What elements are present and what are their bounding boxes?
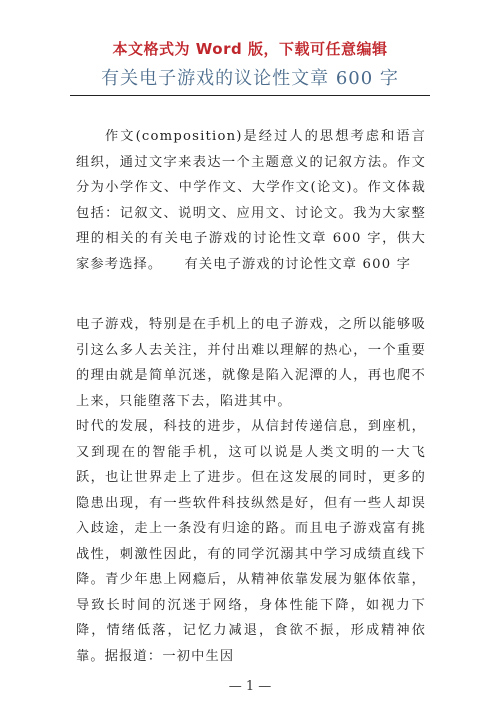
intro-paragraph: 作文(composition)是经过人的思想考虑和语言组织，通过文字来表达一个主…: [76, 124, 426, 277]
intro-section: 作文(composition)是经过人的思想考虑和语言组织，通过文字来表达一个主…: [76, 124, 426, 277]
body-paragraph-1: 电子游戏，特别是在手机上的电子游戏，之所以能够吸引这么多人去关注，并付出难以理解…: [76, 312, 426, 414]
word-format-banner: 本文格式为 Word 版，下载可任意编辑: [0, 38, 500, 59]
body-paragraph-2: 时代的发展，科技的进步，从信封传递信息，到座机，又到现在的智能手机，这可以说是人…: [76, 414, 426, 669]
title-divider: [70, 95, 430, 96]
page-number: — 1 —: [0, 679, 500, 694]
article-body: 电子游戏，特别是在手机上的电子游戏，之所以能够吸引这么多人去关注，并付出难以理解…: [76, 312, 426, 669]
document-title: 有关电子游戏的议论性文章 600 字: [0, 64, 500, 90]
document-page: 本文格式为 Word 版，下载可任意编辑 有关电子游戏的议论性文章 600 字 …: [0, 0, 500, 707]
